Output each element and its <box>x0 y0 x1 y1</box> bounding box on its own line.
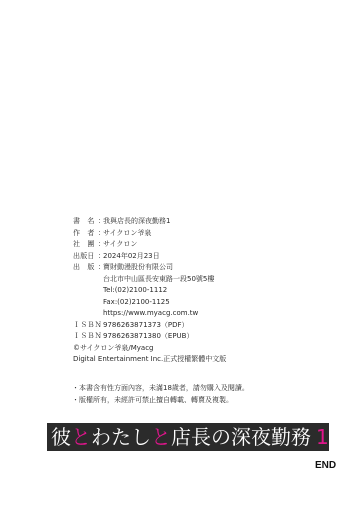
colophon-row-date: 出版日：2024年02月23日 <box>73 251 333 263</box>
row-label: 書 名 <box>73 216 98 228</box>
notice-copyright: ・版權所有，未經許可禁止擅自轉載、轉賣及複製。 <box>72 395 332 407</box>
colophon: 書 名：我與店長的深夜勤務1 作 者：サイクロン爷泉 社 團：サイクロン 出版日… <box>73 216 333 366</box>
circle-value: サイクロン <box>103 239 137 251</box>
address-value: 台北市中山區長安東路一段50號5樓 <box>103 274 214 286</box>
fax-value: Fax:(02)2100-1125 <box>103 297 170 309</box>
colophon-row-isbn-pdf: ＩＳＢＮ：9786263871373（PDF） <box>73 320 333 332</box>
colophon-row-fax: Fax:(02)2100-1125 <box>73 297 333 309</box>
isbn-pdf-value: 9786263871373（PDF） <box>103 320 189 332</box>
row-label: 出版日 <box>73 251 98 263</box>
title-segment-accent: と <box>71 423 91 451</box>
colophon-row-publisher: 出 版：寶財動漫股份有限公司 <box>73 262 333 274</box>
colophon-row-title: 書 名：我與店長的深夜勤務1 <box>73 216 333 228</box>
isbn-epub-value: 9786263871380（EPUB） <box>103 331 193 343</box>
title-segment: 店長の深夜勤務 <box>171 423 311 451</box>
colophon-row-author: 作 者：サイクロン爷泉 <box>73 228 333 240</box>
colophon-row-circle: 社 團：サイクロン <box>73 239 333 251</box>
colophon-row-tel: Tel:(02)2100-1112 <box>73 285 333 297</box>
colophon-row-url: https://www.myacg.com.tw <box>73 308 333 320</box>
title-segment-accent: と <box>151 423 171 451</box>
copyright-value: ©サイクロン爷泉/Myacg <box>73 343 154 355</box>
colophon-row-copyright: ©サイクロン爷泉/Myacg <box>73 343 333 355</box>
colophon-row-license: Digital Entertainment Inc.正式授權繁體中文版 <box>73 354 333 366</box>
colophon-row-address: 台北市中山區長安東路一段50號5樓 <box>73 274 333 286</box>
title-volume-number: 1 <box>316 423 329 451</box>
license-value: Digital Entertainment Inc.正式授權繁體中文版 <box>73 354 226 366</box>
row-label: 出 版 <box>73 262 98 274</box>
row-label: ＩＳＢＮ <box>73 320 98 332</box>
publish-date-value: 2024年02月23日 <box>103 251 160 263</box>
notice-adult-content: ・本書含有性方面內容，未滿18歲者，請勿購入及閱讀。 <box>72 383 332 395</box>
title-segment: 彼 <box>51 423 71 451</box>
row-label: 社 團 <box>73 239 98 251</box>
tel-value: Tel:(02)2100-1112 <box>103 285 167 297</box>
website-link[interactable]: https://www.myacg.com.tw <box>103 308 198 320</box>
publisher-value: 寶財動漫股份有限公司 <box>103 262 173 274</box>
row-label: 作 者 <box>73 228 98 240</box>
notice-list: ・本書含有性方面內容，未滿18歲者，請勿購入及閱讀。 ・版權所有，未經許可禁止擅… <box>72 383 332 406</box>
end-mark: END <box>315 460 336 471</box>
book-title-value: 我與店長的深夜勤務1 <box>103 216 170 228</box>
colophon-row-isbn-epub: ＩＳＢＮ：9786263871380（EPUB） <box>73 331 333 343</box>
title-segment: わたし <box>91 423 151 451</box>
author-value: サイクロン爷泉 <box>103 228 151 240</box>
title-banner: 彼とわたしと店長の深夜勤務1 <box>47 423 329 451</box>
row-label: ＩＳＢＮ <box>73 331 98 343</box>
